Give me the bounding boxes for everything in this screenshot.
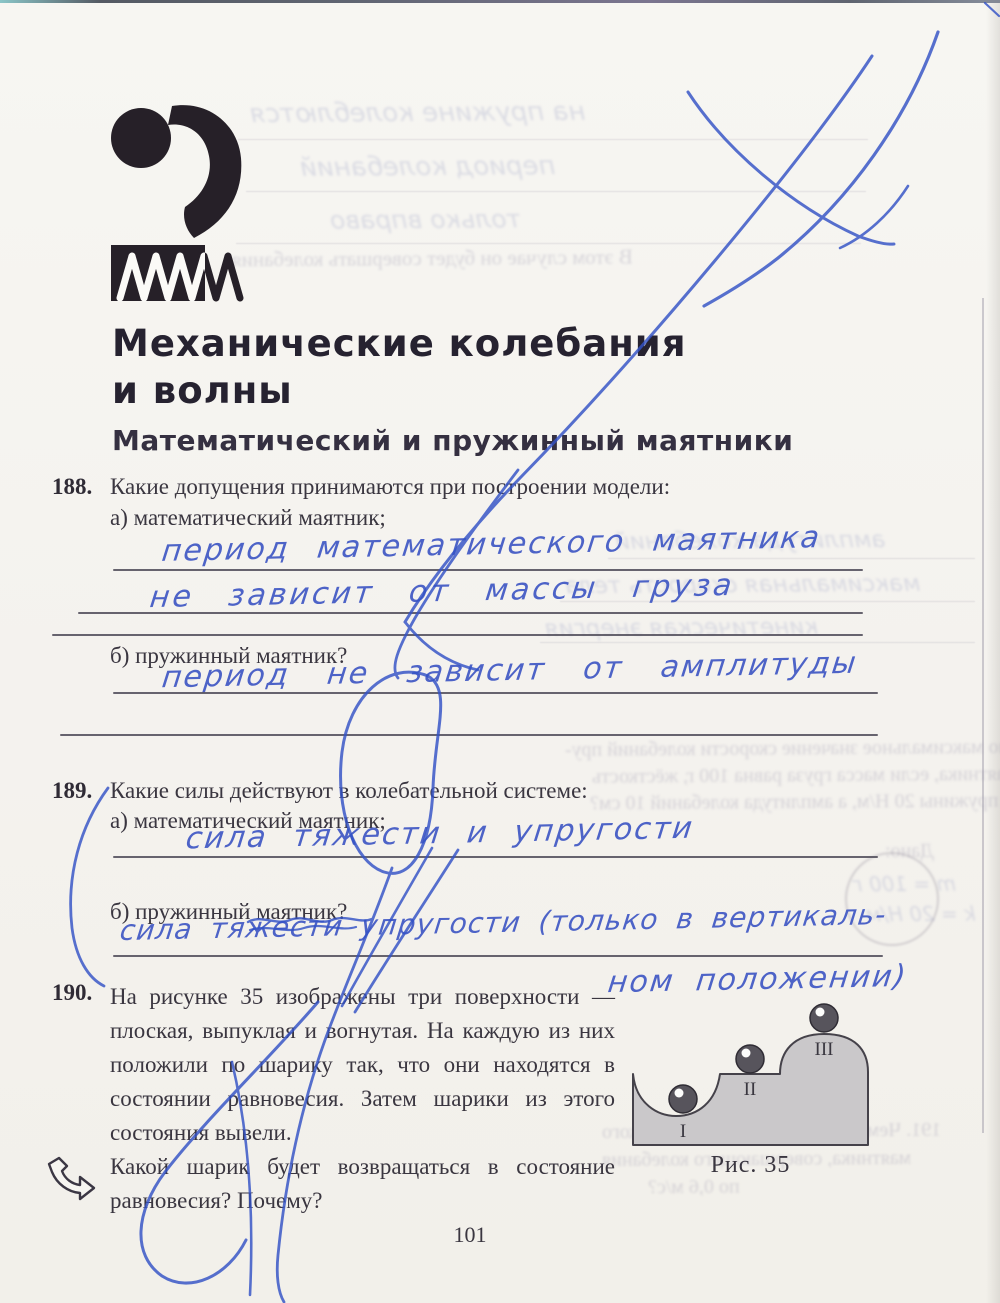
pen-scribbles-overlay <box>0 0 1000 1303</box>
